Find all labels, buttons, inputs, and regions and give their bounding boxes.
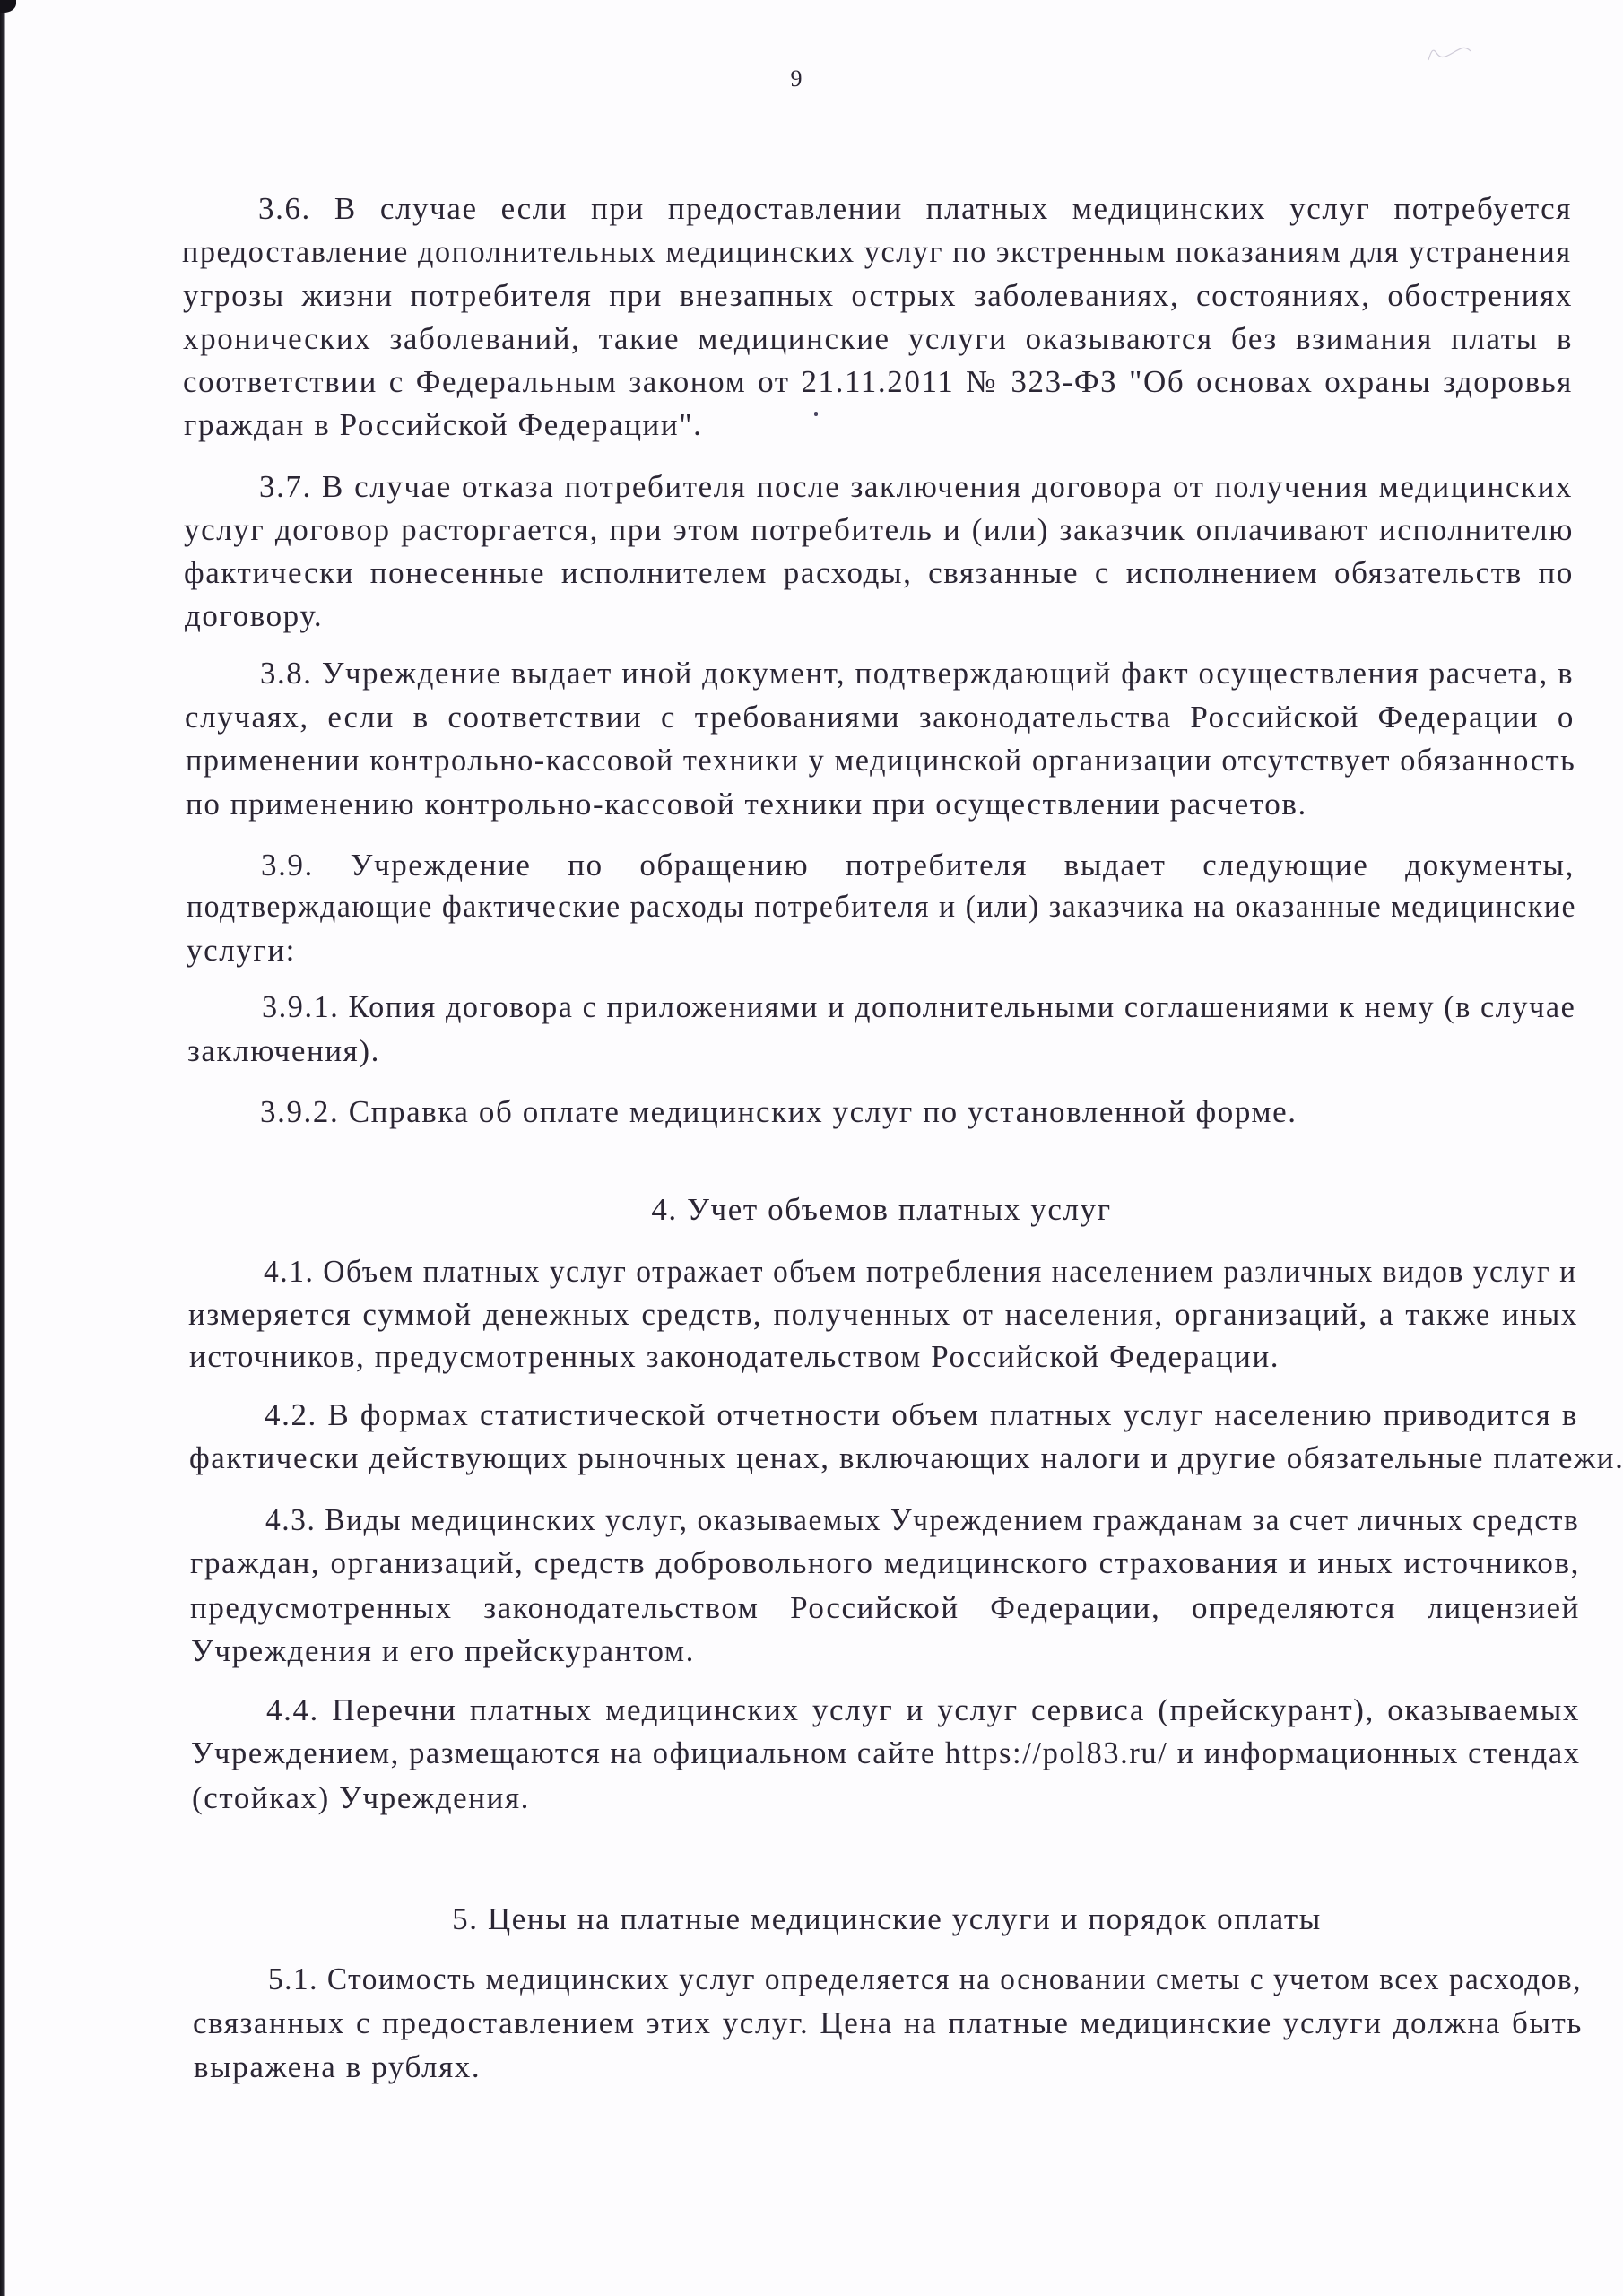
text-line: связанных с предоставлением этих услуг. … [193,2002,1583,2045]
text-line: фактически действующих рыночных ценах, в… [189,1437,1623,1480]
scan-speck [814,412,818,416]
text-line: услуг договор расторгается, при этом пот… [184,509,1574,552]
text-line: 3.7. В случае отказа потребителя после з… [259,465,1573,509]
scan-edge-shadow [0,0,5,2296]
text-line: 4.3. Виды медицинских услуг, оказываемых… [265,1499,1579,1542]
text-line: по применению контрольно-кассовой техник… [186,783,1307,826]
text-line: заключения). [187,1030,380,1073]
text-line: 3.9.1. Копия договора с приложениями и д… [262,986,1575,1029]
text-line: предоставление дополнительных медицински… [182,230,1572,274]
text-line: 3.8. Учреждение выдает иной документ, по… [260,652,1574,695]
text-line: (стойках) Учреждения. [192,1777,530,1820]
text-line: 3.6. В случае если при предоставлении пл… [258,187,1572,230]
text-line: 4.1. Объем платных услуг отражает объем … [264,1250,1577,1293]
text-line: граждан, организаций, средств добровольн… [190,1542,1580,1585]
text-line: фактически понесенные исполнителем расхо… [184,552,1574,595]
section-heading-5: 5. Цены на платные медицинские услуги и … [192,1898,1582,1941]
text-line: хронических заболеваний, такие медицинск… [183,317,1573,361]
pencil-mark [1426,40,1480,63]
text-line: договору. [185,595,323,638]
section-heading-4: 4. Учет объемов платных услуг [187,1188,1576,1231]
text-line: измеряется суммой денежных средств, полу… [188,1293,1578,1336]
text-line: выражена в рублях. [194,2046,481,2089]
text-line: граждан в Российской Федерации". [184,404,702,447]
text-line: 5.1. Стоимость медицинских услуг определ… [268,1958,1582,2001]
text-line: применении контрольно-кассовой техники у… [186,739,1575,782]
page-number: 9 [0,65,1593,93]
text-line: предусмотренных законодательством Россий… [190,1587,1580,1630]
text-line: 4.4. Перечни платных медицинских услуг и… [266,1689,1580,1732]
text-line: 4.2. В формах статистической отчетности … [265,1394,1578,1437]
text-line: 3.9.2. Справка об оплате медицинских усл… [260,1091,1298,1134]
text-line: источников, предусмотренных законодатель… [189,1335,1280,1378]
scan-corner-shadow [0,0,16,13]
text-line: Учреждения и его прейскурантом. [191,1630,695,1673]
text-line: 3.9. Учреждение по обращению потребителя… [261,844,1575,887]
text-line: Учреждением, размещаются на официальном … [191,1732,1581,1775]
text-line: случаях, если в соответствии с требовани… [185,696,1575,739]
text-line: соответствии с Федеральным законом от 21… [183,361,1573,404]
text-line: подтверждающие фактические расходы потре… [187,885,1576,928]
text-line: угрозы жизни потребителя при внезапных о… [183,274,1573,317]
text-line: услуги: [187,929,296,972]
